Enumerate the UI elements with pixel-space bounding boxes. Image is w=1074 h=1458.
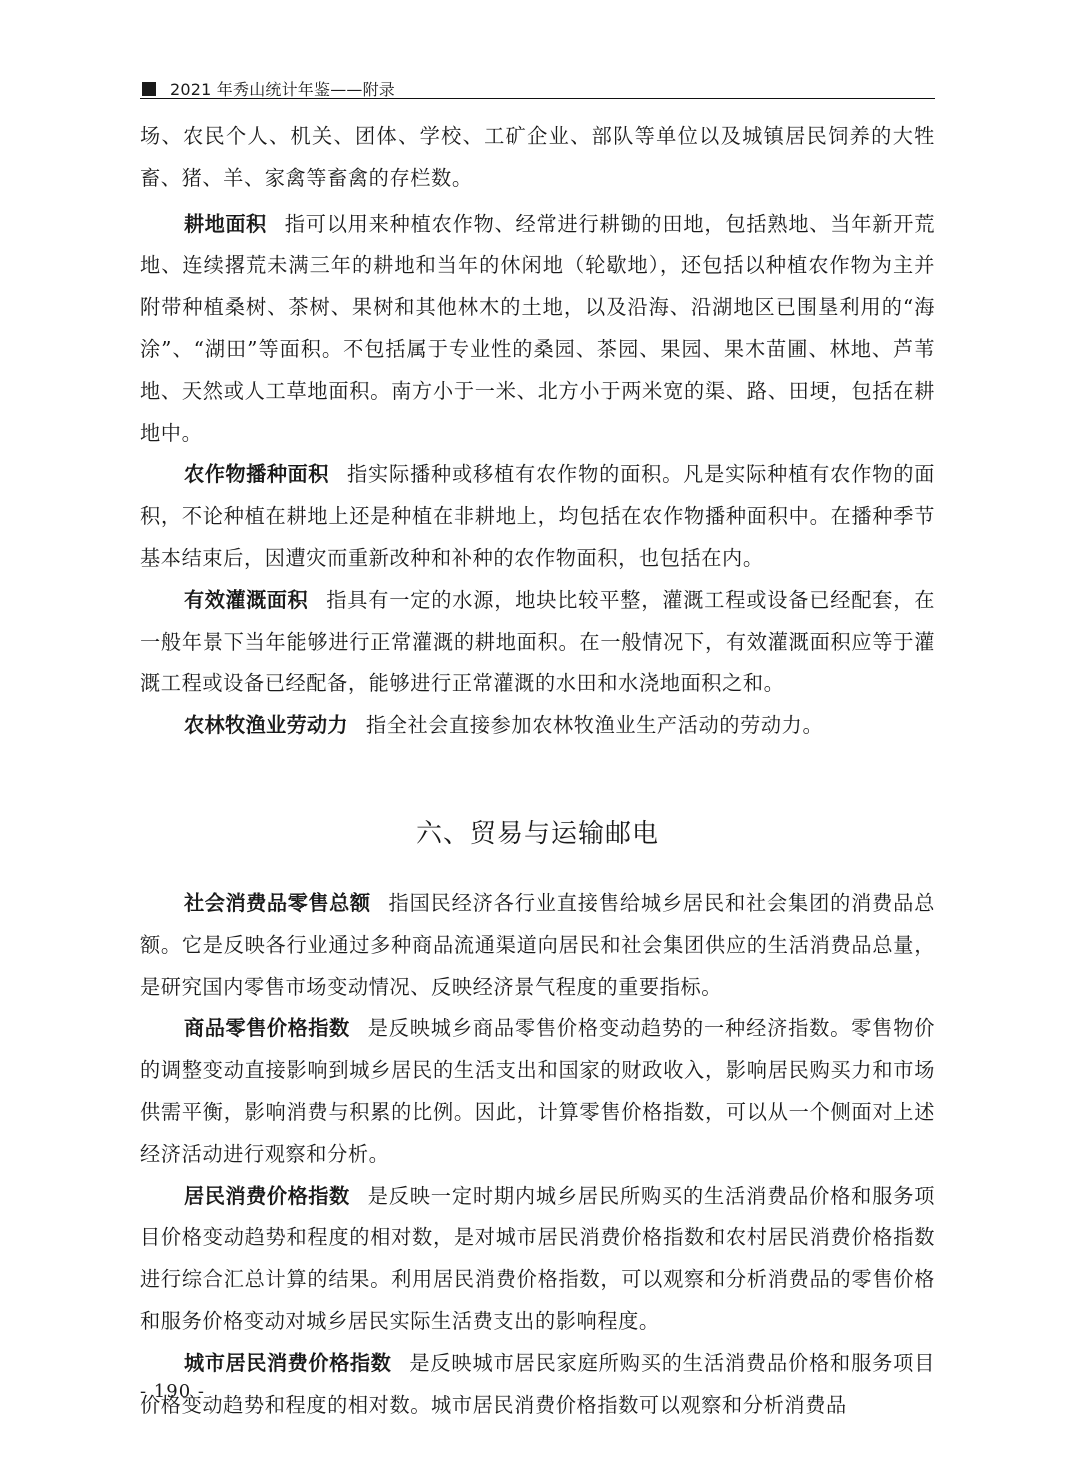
term-label: 城市居民消费价格指数 xyxy=(184,1351,391,1375)
running-header-title: 2021 年秀山统计年鉴——附录 xyxy=(170,77,395,100)
term-label: 居民消费价格指数 xyxy=(184,1184,350,1208)
definition-irrigated-area: 有效灌溉面积指具有一定的水源，地块比较平整，灌溉工程或设备已经配套，在一般年景下… xyxy=(140,580,935,705)
term-label: 农作物播种面积 xyxy=(184,462,329,486)
definition-agri-labor: 农林牧渔业劳动力指全社会直接参加农林牧渔业生产活动的劳动力。 xyxy=(140,705,935,747)
term-label: 农林牧渔业劳动力 xyxy=(184,713,348,737)
definition-retail-sales: 社会消费品零售总额指国民经济各行业直接售给城乡居民和社会集团的消费品总额。它是反… xyxy=(140,883,935,1008)
black-square-icon xyxy=(142,82,156,96)
definition-sown-area: 农作物播种面积指实际播种或移植有农作物的面积。凡是实际种植有农作物的面积，不论种… xyxy=(140,454,935,579)
definition-urban-cpi: 城市居民消费价格指数是反映城市居民家庭所购买的生活消费品价格和服务项目价格变动趋… xyxy=(140,1343,935,1427)
definition-retail-price-index: 商品零售价格指数是反映城乡商品零售价格变动趋势的一种经济指数。零售物价的调整变动… xyxy=(140,1008,935,1175)
page-number: - 190 - xyxy=(140,1381,205,1402)
term-label: 社会消费品零售总额 xyxy=(184,891,371,915)
continued-paragraph: 场、农民个人、机关、团体、学校、工矿企业、部队等单位以及城镇居民饲养的大牲畜、猪… xyxy=(140,116,935,200)
section-heading: 六、贸易与运输邮电 xyxy=(140,817,935,851)
term-label: 有效灌溉面积 xyxy=(184,588,308,612)
page-body: 场、农民个人、机关、团体、学校、工矿企业、部队等单位以及城镇居民饲养的大牲畜、猪… xyxy=(140,116,935,1426)
running-header: 2021 年秀山统计年鉴——附录 xyxy=(140,44,935,99)
definition-cultivated-land: 耕地面积指可以用来种植农作物、经常进行耕锄的田地，包括熟地、当年新开荒地、连续撂… xyxy=(140,204,935,455)
term-label: 耕地面积 xyxy=(184,212,267,236)
term-label: 商品零售价格指数 xyxy=(184,1016,350,1040)
term-definition: 指可以用来种植农作物、经常进行耕锄的田地，包括熟地、当年新开荒地、连续撂荒未满三… xyxy=(140,212,935,445)
definition-cpi: 居民消费价格指数是反映一定时期内城乡居民所购买的生活消费品价格和服务项目价格变动… xyxy=(140,1176,935,1343)
term-definition: 指全社会直接参加农林牧渔业生产活动的劳动力。 xyxy=(366,713,823,737)
